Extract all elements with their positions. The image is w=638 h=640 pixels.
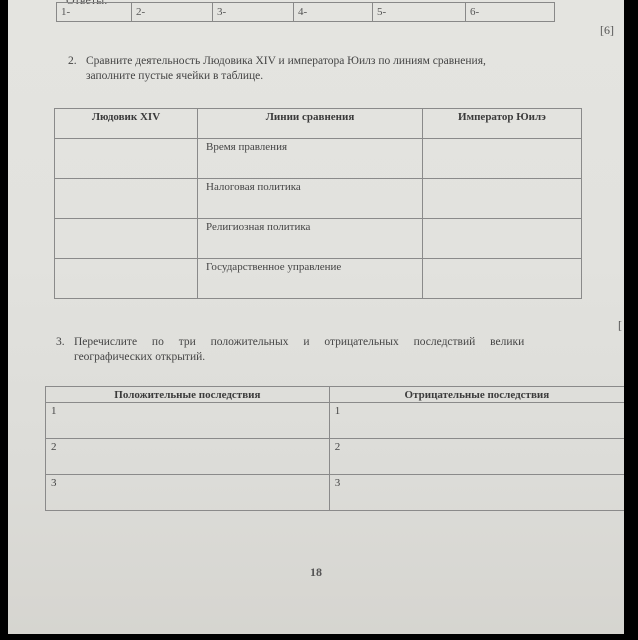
negative-cell[interactable]: 2 (329, 439, 624, 475)
comparison-line: Религиозная политика (198, 219, 423, 259)
positive-cell[interactable]: 3 (46, 475, 330, 511)
table-row: Религиозная политика (55, 219, 582, 259)
negative-cell[interactable]: 3 (329, 475, 624, 511)
answer-cell[interactable]: 5- (373, 3, 466, 22)
column-header: Отрицательные последствия (329, 387, 624, 403)
answer-cell[interactable]: 2- (132, 3, 213, 22)
question-2: 2.Сравните деятельность Людовика XIV и и… (68, 54, 624, 84)
question-text: Перечислите по три положительных и отриц… (74, 336, 524, 348)
answer-cell[interactable]: 1- (57, 3, 132, 22)
worksheet-page: Ответы: 1- 2- 3- 4- 5- 6- [6] 2.Сравните… (8, 0, 624, 634)
empty-cell[interactable] (55, 259, 198, 299)
marks-q3: [ (618, 318, 622, 333)
comparison-line: Государственное управление (198, 259, 423, 299)
answer-cell[interactable]: 6- (466, 3, 555, 22)
positive-cell[interactable]: 1 (46, 403, 330, 439)
empty-cell[interactable] (55, 179, 198, 219)
empty-cell[interactable] (55, 139, 198, 179)
table-row: 3 3 (46, 475, 625, 511)
column-header: Людовик XIV (55, 109, 198, 139)
question-text: заполните пустые ячейки в таблице. (86, 70, 263, 82)
column-header: Линии сравнения (198, 109, 423, 139)
answer-cell[interactable]: 3- (213, 3, 294, 22)
empty-cell[interactable] (423, 179, 582, 219)
consequences-table: Положительные последствия Отрицательные … (45, 386, 624, 511)
empty-cell[interactable] (423, 259, 582, 299)
question-number: 3. (56, 335, 74, 350)
table-row: 1 1 (46, 403, 625, 439)
table-row: Налоговая политика (55, 179, 582, 219)
column-header: Положительные последствия (46, 387, 330, 403)
table-row: Государственное управление (55, 259, 582, 299)
comparison-line: Налоговая политика (198, 179, 423, 219)
answers-table: 1- 2- 3- 4- 5- 6- (56, 2, 555, 22)
question-number: 2. (68, 54, 86, 69)
question-3: 3.Перечислите по три положительных и отр… (56, 335, 624, 365)
question-text: географических открытий. (74, 351, 205, 363)
empty-cell[interactable] (55, 219, 198, 259)
positive-cell[interactable]: 2 (46, 439, 330, 475)
table-row: 2 2 (46, 439, 625, 475)
question-text: Сравните деятельность Людовика XIV и имп… (86, 55, 486, 67)
table-row: Время правления (55, 139, 582, 179)
comparison-line: Время правления (198, 139, 423, 179)
empty-cell[interactable] (423, 219, 582, 259)
comparison-table: Людовик XIV Линии сравнения Император Юи… (54, 108, 582, 299)
page-number: 18 (8, 565, 624, 580)
empty-cell[interactable] (423, 139, 582, 179)
answer-cell[interactable]: 4- (294, 3, 373, 22)
column-header: Император Юилэ (423, 109, 582, 139)
marks-q1: [6] (600, 23, 614, 38)
negative-cell[interactable]: 1 (329, 403, 624, 439)
